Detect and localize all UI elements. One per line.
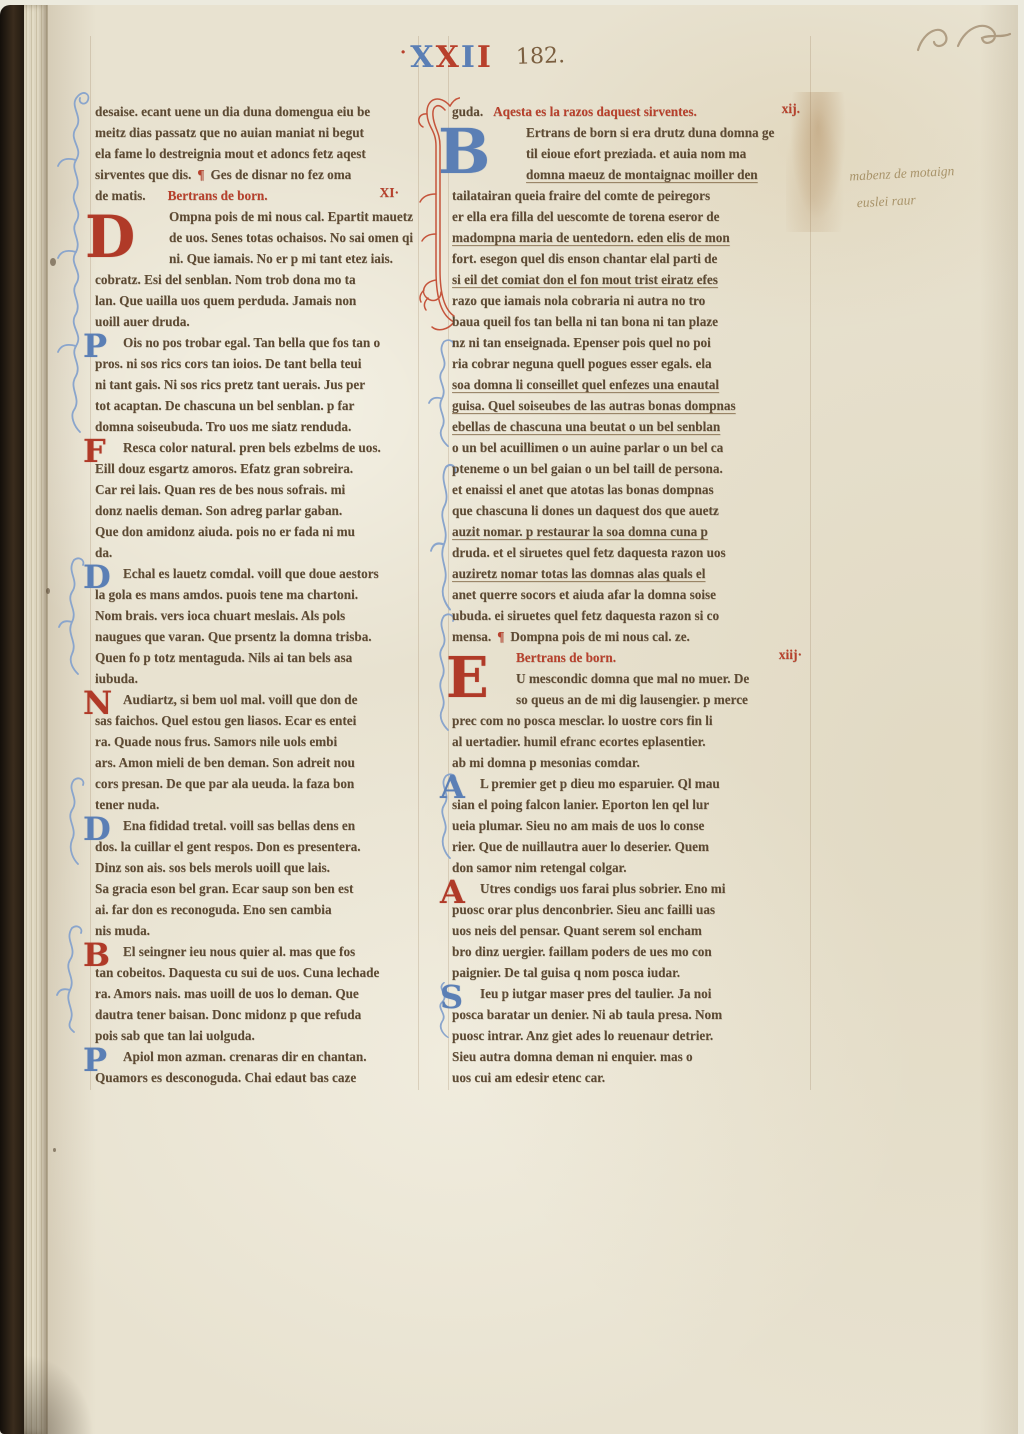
text-line: sas faichos. Quel estou gen liasos. Ecar… (95, 710, 425, 731)
text-line: ni tant gais. Ni sos rics pretz tant uer… (95, 374, 425, 395)
stanza: D Ena fididad tretal. voill sas bellas d… (95, 815, 425, 941)
stanza-initial: E (446, 647, 516, 710)
text-line: pteneme o un bel gaian o un bel taill de… (452, 458, 804, 479)
text-line: iubuda. (95, 668, 425, 689)
text-line: rier. Que de nuillautra auer lo deserier… (452, 836, 804, 857)
text-line: Resca color natural. pren bels ezbelms d… (95, 437, 425, 458)
text-line: nis muda. (95, 920, 425, 941)
stanza-initial: F (83, 437, 123, 458)
text-line: Utres condigs uos farai plus sobrier. En… (452, 878, 804, 899)
section-number: xij. (782, 101, 800, 117)
text-line: domna soiseubuda. Tro uos me siatz rendu… (95, 416, 425, 437)
stanza-initial: B (83, 941, 123, 962)
text-line: meitz dias passatz que no auian maniat n… (95, 122, 425, 143)
text-line: tot acaptan. De chascuna un bel senblan.… (95, 395, 425, 416)
stanza: D Ompna pois de mi nous cal. Epartit mau… (95, 206, 425, 332)
folio-page-number: 182. (516, 43, 566, 70)
text-line: ubuda. ei siruetes quel fetz daquesta ra… (452, 605, 804, 626)
text-line: er ella era filla del uescomte de torena… (452, 206, 804, 227)
text-line: guda.Aqesta es la razos daquest sirvente… (452, 101, 804, 122)
text-line: sian el poing falcon lanier. Eporton len… (452, 794, 804, 815)
stanza-initial: D (85, 206, 169, 269)
text-line: dos. la cuillar el gent respos. Don es p… (95, 836, 425, 857)
manuscript-photo: ·XXII 182. mabenz de motaign euslei raur (0, 0, 1024, 1434)
text-line: Echal es lauetz comdal. voill que doue a… (95, 563, 425, 584)
text-line: don samor nim retengal colgar. (452, 857, 804, 878)
text-line: paignier. De tal guisa q nom posca iudar… (452, 962, 804, 983)
stanza: A L premier get p dieu mo esparuier. Ql … (452, 773, 804, 878)
parchment-speck (46, 588, 50, 594)
stanza-initial: A (440, 878, 480, 899)
text-line: dautra tener baisan. Donc midonz p que r… (95, 1004, 425, 1025)
stanza-initial: B (438, 122, 526, 185)
corner-scribble-icon (912, 16, 1016, 68)
stanza-initial: P (83, 1046, 123, 1067)
text-line: uos neis del pensar. Quant serem sol enc… (452, 920, 804, 941)
text-line: Ieu p iutgar maser pres del taulier. Ja … (452, 983, 804, 1004)
chapter-dot: · (400, 42, 408, 63)
text-line: Que don amidonz aiuda. pois no er fada n… (95, 521, 425, 542)
stanza: E Bertrans de born. U mescondic domna qu… (452, 647, 804, 773)
text-line: Apiol mon azman. crenaras dir en chantan… (95, 1046, 425, 1067)
gutter-shadow (24, 1354, 94, 1434)
text-line: Ois no pos trobar egal. Tan bella que fo… (95, 332, 425, 353)
text-line: puosc intrar. Anz giet ades lo reuenaur … (452, 1025, 804, 1046)
marginal-annotation: mabenz de motaign euslei raur (849, 153, 1024, 216)
text-line: Dinz son ais. sos bels merols uoill que … (95, 857, 425, 878)
rubric: Bertrans de born. (168, 188, 268, 203)
text-line: da. (95, 542, 425, 563)
text-line: Quamors es desconoguda. Chai edaut bas c… (95, 1067, 425, 1088)
paraph-icon: ¶ (497, 629, 504, 644)
text-line: Audiartz, si bem uol mal. voill que don … (95, 689, 425, 710)
text-line: Sieu autra domna deman ni enquier. mas o (452, 1046, 804, 1067)
text-line: ars. Amon mieli de ben deman. Son adreit… (95, 752, 425, 773)
text-line: ueia plumar. Sieu no am mais de uos lo c… (452, 815, 804, 836)
text-line: L premier get p dieu mo esparuier. Ql ma… (452, 773, 804, 794)
text-line: baua queil fos tan bella ni tan bona ni … (452, 311, 804, 332)
section-number: xiij· (779, 647, 802, 663)
stanza: P Ois no pos trobar egal. Tan bella que … (95, 332, 425, 437)
stanza-initial: D (83, 563, 123, 584)
text-line: bro dinz uergier. faillam poders de ues … (452, 941, 804, 962)
text-line: ai. far don es reconoguda. Eno sen cambi… (95, 899, 425, 920)
text-line: El seingner ieu nous quier al. mas que f… (95, 941, 425, 962)
text-line: auzit nomar. p restaurar la soa domna cu… (452, 521, 804, 542)
text-line: Eill douz esgartz amoros. Efatz gran sob… (95, 458, 425, 479)
left-text-column: XI· desaise. ecant uene un dia duna dome… (95, 101, 425, 1088)
text-line: nz ni tan enseignada. Epenser pois quel … (452, 332, 804, 353)
text-line: ebellas de chascuna una beutat o un bel … (452, 416, 804, 437)
prose-intro: desaise. ecant uene un dia duna domengua… (95, 101, 425, 206)
paraph-icon: ¶ (197, 167, 204, 182)
text-line: que chascuna li dones un daquest dos que… (452, 500, 804, 521)
text-line: guisa. Quel soiseubes de las autras bona… (452, 395, 804, 416)
text-line: uos cui am edesir etenc car. (452, 1067, 804, 1088)
stanza: B El seingner ieu nous quier al. mas que… (95, 941, 425, 1046)
text-line: druda. et el siruetes quel fetz daquesta… (452, 542, 804, 563)
text-line: Car rei lais. Quan res de bes nous sofra… (95, 479, 425, 500)
text-line: uoill auer druda. (95, 311, 425, 332)
text-line: posca baratar un denier. Ni ab taula pre… (452, 1004, 804, 1025)
text-line: ab mi domna p mesonias comdar. (452, 752, 804, 773)
text-line: sirventes que dis.¶Ges de disnar no fez … (95, 164, 425, 185)
stanza: N Audiartz, si bem uol mal. voill que do… (95, 689, 425, 815)
text-line: madompna maria de uentedorn. eden elis d… (452, 227, 804, 248)
stanza-initial: N (83, 689, 123, 710)
text-line: razo que iamais nola cobraria ni autra n… (452, 290, 804, 311)
right-text-column: xij. xiij· guda.Aqesta es la razos daque… (452, 101, 804, 1088)
text-line: lan. Que uailla uos quem perduda. Jamais… (95, 290, 425, 311)
text-line: pois sab que tan lai uolguda. (95, 1025, 425, 1046)
stanza-initial: A (440, 773, 480, 794)
stanza: D Echal es lauetz comdal. voill que doue… (95, 563, 425, 689)
text-line: prec com no posca mesclar. lo uostre cor… (452, 710, 804, 731)
text-line: cobratz. Esi del senblan. Nom trob dona … (95, 269, 425, 290)
parchment-speck (53, 1148, 56, 1152)
text-line: naugues que varan. Que prsentz la domna … (95, 626, 425, 647)
text-line: ela fame lo destreignia mout et adoncs f… (95, 143, 425, 164)
text-line: de matis.Bertrans de born. (95, 185, 425, 206)
margin-penwork-icon (56, 924, 86, 1034)
text-line: et enaissi el anet que atotas las bonas … (452, 479, 804, 500)
text-line: o un bel acuillimen o un auine parlar o … (452, 437, 804, 458)
text-line: la gola es mans amdos. puois tene ma cha… (95, 584, 425, 605)
text-line: puosc orar plus denconbrier. Sieu anc fa… (452, 899, 804, 920)
stanza: S Ieu p iutgar maser pres del taulier. J… (452, 983, 804, 1088)
text-line: soa domna li conseillet quel enfezes una… (452, 374, 804, 395)
page-edges (24, 5, 48, 1434)
text-line: cors presan. De que par ala ueuda. la fa… (95, 773, 425, 794)
text-line: mensa.¶Dompna pois de mi nous cal. ze. (452, 626, 804, 647)
text-line: desaise. ecant uene un dia duna domengua… (95, 101, 425, 122)
text-line: donz naelis deman. Son adreg parlar gaba… (95, 500, 425, 521)
stanza-initial: P (83, 332, 123, 353)
stanza: A Utres condigs uos farai plus sobrier. … (452, 878, 804, 983)
rubric: Aqesta es la razos daquest sirventes. (493, 104, 697, 119)
text-line: ra. Quade nous frus. Samors nile uols em… (95, 731, 425, 752)
chapter-number: ·XXII (400, 40, 493, 75)
stanza: F Resca color natural. pren bels ezbelms… (95, 437, 425, 563)
razo-paragraph: B Ertrans de born si era drutz duna domn… (452, 122, 804, 647)
text-line: al uertadier. humil efranc ecortes eplas… (452, 731, 804, 752)
text-line: tener nuda. (95, 794, 425, 815)
text-line: ria cobrar neguna quell pogues esser ega… (452, 353, 804, 374)
stanza: P Apiol mon azman. crenaras dir en chant… (95, 1046, 425, 1088)
text-line: Ena fididad tretal. voill sas bellas den… (95, 815, 425, 836)
book-spine (0, 5, 24, 1434)
text-line: Sa gracia eson bel gran. Ecar saup son b… (95, 878, 425, 899)
text-line: si eil det comiat don el fon mout trist … (452, 269, 804, 290)
intro-lines: desaise. ecant uene un dia duna domengua… (95, 101, 425, 164)
stanza-initial: D (83, 815, 123, 836)
text-line: Nom brais. vers ioca chuart meslais. Als… (95, 605, 425, 626)
text-line: pros. ni sos rics cors tan ioios. De tan… (95, 353, 425, 374)
text-line: Quen fo p totz mentaguda. Nils ai tan be… (95, 647, 425, 668)
stanza-initial: S (440, 983, 480, 1004)
text-line: auziretz nomar totas las domnas alas qua… (452, 563, 804, 584)
rubric: Bertrans de born. (516, 650, 616, 665)
text-line: tan cobeitos. Daquesta cu sui de uos. Cu… (95, 962, 425, 983)
text-line: fort. esegon quel dis enson chantar elal… (452, 248, 804, 269)
text-line: anet querre socors et aiuda afar la domn… (452, 584, 804, 605)
ruling-line (810, 36, 811, 1090)
text-line: ra. Amors nais. mas uoill de uos lo dema… (95, 983, 425, 1004)
text-line: tailatairan queia fraire del comte de pe… (452, 185, 804, 206)
section-number: XI· (379, 185, 399, 201)
